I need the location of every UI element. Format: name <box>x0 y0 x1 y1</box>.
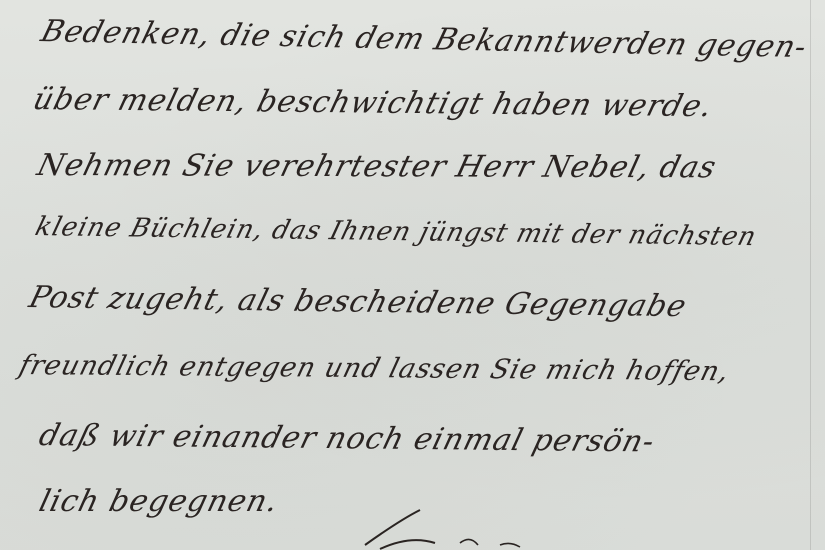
letter-line-3: Nehmen Sie verehrtester Herr Nebel, das <box>34 148 721 185</box>
letter-line-2: über melden, beschwichtigt haben werde. <box>29 82 716 124</box>
paper-fold <box>810 0 811 550</box>
letter-line-8: lich begegnen. <box>36 484 283 519</box>
letter-line-6: freundlich entgegen und lassen Sie mich … <box>16 350 733 387</box>
signature-stroke <box>360 505 560 550</box>
letter-page: Bedenken, die sich dem Bekanntwerden geg… <box>0 0 825 550</box>
letter-line-7: daß wir einander noch einmal persön- <box>35 418 658 459</box>
